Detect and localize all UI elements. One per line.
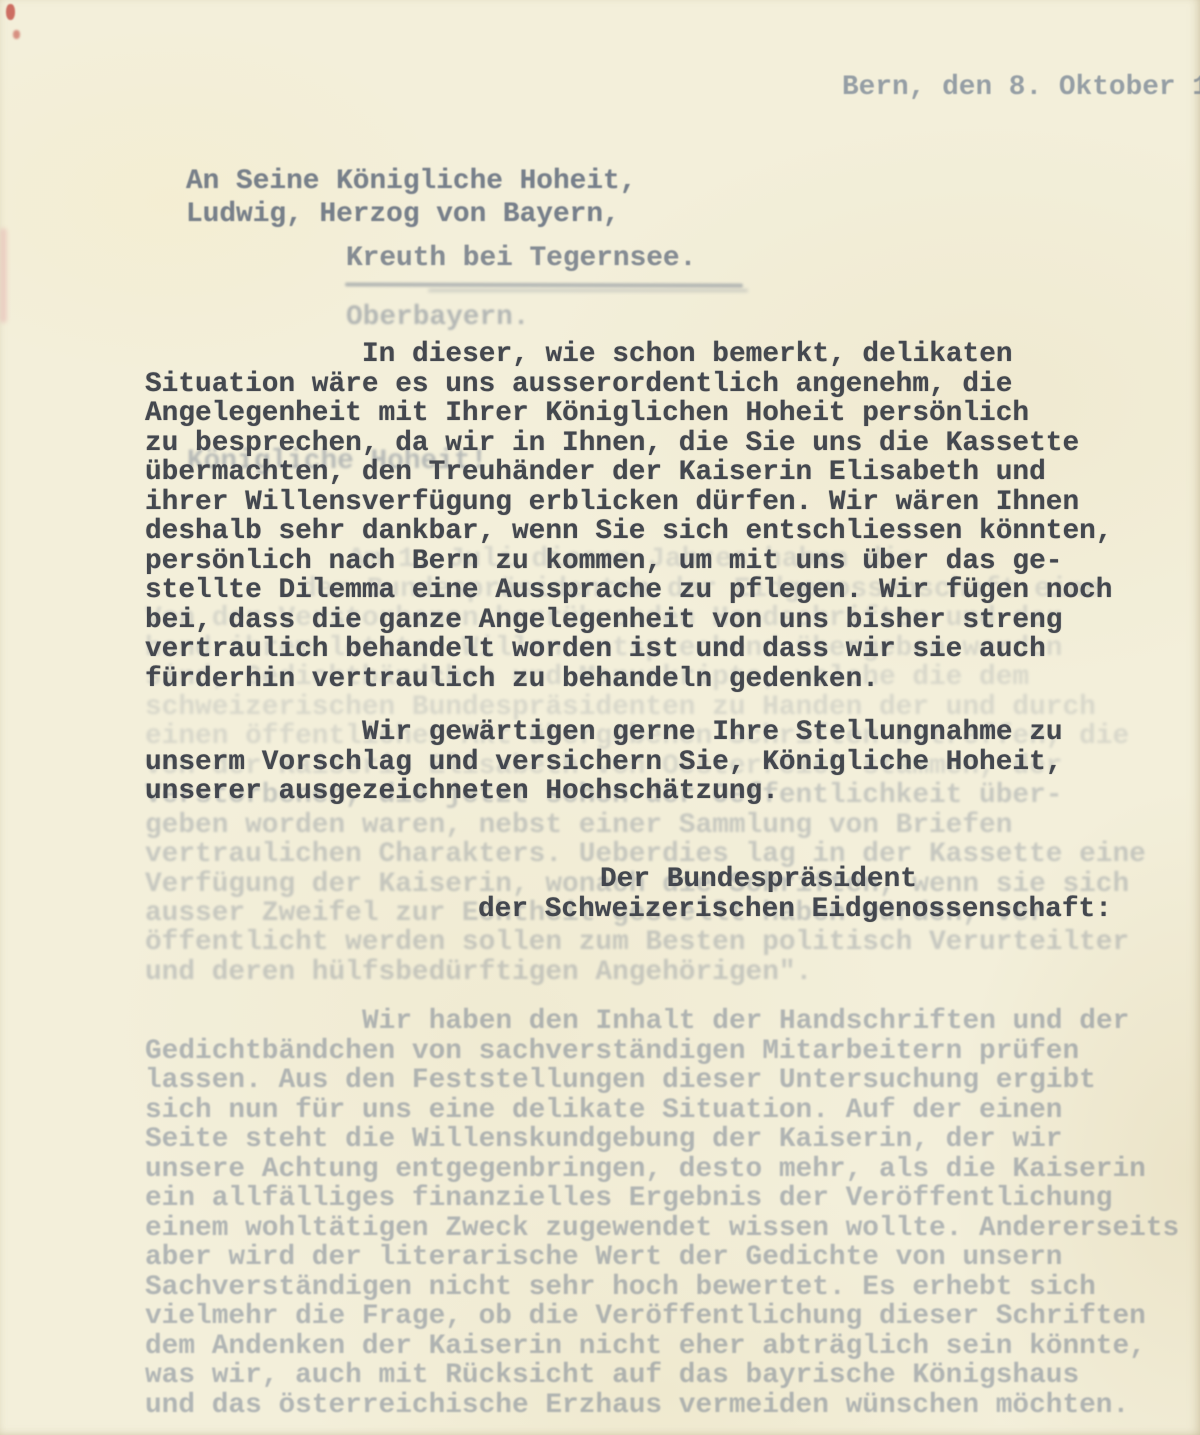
ghost-line: dem Andenken der Kaiserin nicht eher abt… bbox=[145, 1332, 1146, 1361]
typed-line: In dieser, wie schon bemerkt, delikaten bbox=[362, 340, 1013, 369]
ghost-line: geben worden waren, nebst einer Sammlung… bbox=[145, 811, 1012, 840]
typed-line: Situation wäre es uns ausserordentlich a… bbox=[145, 370, 1012, 399]
pink-edge-smear bbox=[0, 228, 7, 323]
ghost-line: Wir haben den Inhalt der Handschriften u… bbox=[362, 1007, 1129, 1036]
typed-line: stellte Dilemma eine Aussprache zu pfleg… bbox=[145, 576, 1113, 605]
red-speck-mark bbox=[6, 4, 15, 20]
typed-line: übermachten, den Treuhänder der Kaiserin… bbox=[145, 458, 1046, 487]
ghost-line: öffentlicht werden sollen zum Besten pol… bbox=[145, 928, 1129, 957]
typed-line: fürderhin vertraulich zu behandeln geden… bbox=[145, 665, 879, 694]
dateline: Bern, den 8. Oktober 19 bbox=[842, 73, 1200, 102]
ghost-line: sich nun für uns eine delikate Situation… bbox=[145, 1096, 1062, 1125]
letter-page: Am 1. Juli dieses Jahres haben diedem Bu… bbox=[0, 0, 1200, 1435]
ghost-line: Gedichtbändchen von sachverständigen Mit… bbox=[145, 1037, 1079, 1066]
ghost-line: was wir, auch mit Rücksicht auf das bayr… bbox=[145, 1361, 1079, 1390]
ghost-line: ein allfälliges finanzielles Ergebnis de… bbox=[145, 1184, 1113, 1213]
underline-smudge bbox=[428, 289, 748, 292]
ghost-line: aber wird der literarische Wert der Gedi… bbox=[145, 1243, 1062, 1272]
ghost-line: Sachverständigen nicht sehr hoch bewerte… bbox=[145, 1273, 1096, 1302]
ghost-line: vielmehr die Frage, ob die Veröffentlich… bbox=[145, 1302, 1146, 1331]
typed-line: bei, dass die ganze Angelegenheit von un… bbox=[145, 606, 1062, 635]
typed-line: deshalb sehr dankbar, wenn Sie sich ents… bbox=[145, 517, 1113, 546]
typed-line: unserm Vorschlag und versichern Sie, Kön… bbox=[145, 748, 1062, 777]
ghost-line: und deren hülfsbedürftigen Angehörigen". bbox=[145, 958, 812, 987]
ghost-line: einem wohltätigen Zweck zugewendet wisse… bbox=[145, 1214, 1179, 1243]
typed-line: persönlich nach Bern zu kommen, um mit u… bbox=[145, 547, 1062, 576]
typed-line: Angelegenheit mit Ihrer Königlichen Hohe… bbox=[145, 399, 1029, 428]
ghost-line: und das österreichische Erzhaus vermeide… bbox=[145, 1391, 1129, 1420]
recipient-line: Kreuth bei Tegernsee. bbox=[346, 244, 696, 273]
ghost-line: lassen. Aus den Feststellungen dieser Un… bbox=[145, 1066, 1096, 1095]
recipient-line: Ludwig, Herzog von Bayern, bbox=[186, 200, 620, 229]
typed-line: unserer ausgezeichneten Hochschätzung. bbox=[145, 777, 779, 806]
underline-smudge bbox=[345, 282, 743, 287]
typed-line: zu besprechen, da wir in Ihnen, die Sie … bbox=[145, 429, 1079, 458]
signature-title-line: Der Bundespräsident bbox=[600, 865, 917, 894]
recipient-line: An Seine Königliche Hoheit, bbox=[186, 167, 636, 196]
typed-line: vertraulich behandelt worden ist und das… bbox=[145, 635, 1046, 664]
ghost-line: unsere Achtung entgegenbringen, desto me… bbox=[145, 1155, 1146, 1184]
recipient-line: Oberbayern. bbox=[346, 303, 530, 332]
typed-line: ihrer Willensverfügung erblicken dürfen.… bbox=[145, 488, 1079, 517]
signature-title-line: der Schweizerischen Eidgenossenschaft: bbox=[478, 895, 1112, 924]
red-speck-mark bbox=[13, 30, 20, 39]
typed-line: Wir gewärtigen gerne Ihre Stellungnahme … bbox=[362, 718, 1063, 747]
ghost-line: Seite steht die Willenskundgebung der Ka… bbox=[145, 1125, 1062, 1154]
